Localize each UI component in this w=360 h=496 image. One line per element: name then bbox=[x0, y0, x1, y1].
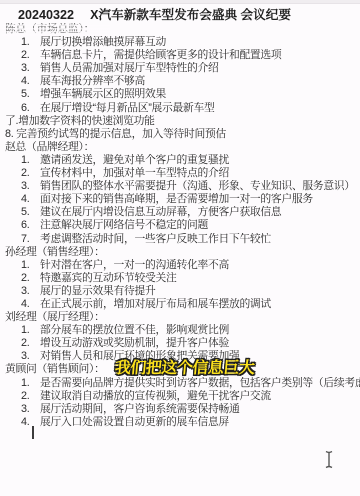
item-number: 4. bbox=[21, 75, 40, 88]
doc-line-speaker: 赵总（品牌经理）： bbox=[0, 141, 360, 154]
notes-app-screen: 20240322 X汽车新款车型发布会盛典 会议纪要 陈总（市场总监）：1.展厅… bbox=[0, 0, 360, 496]
item-text: 面对接下来的销售高峰期，是否需要增加一对一的客户服务 bbox=[40, 193, 360, 206]
item-text: 展厅切换增添触摸屏幕互动 bbox=[40, 36, 360, 49]
doc-line-item: 4.展车海报分辨率不够高 bbox=[0, 75, 360, 88]
doc-line-item: 3.销售人员需加强对展厅车型特性的介绍 bbox=[0, 62, 360, 75]
doc-line-item: 4.展厅入口处需设置自动更新的展车信息屏 bbox=[0, 416, 360, 429]
item-text: 宣传材料中，加强对单一车型特点的介绍 bbox=[40, 167, 360, 180]
doc-line-item: 6.在展厅增设“每月新品区”展示最新车型 bbox=[0, 102, 360, 115]
item-number: 2. bbox=[21, 337, 40, 350]
item-text: 增设互动游戏或奖励机制，提升客户体验 bbox=[40, 337, 360, 350]
doc-line-item: 2.宣传材料中，加强对单一车型特点的介绍 bbox=[0, 167, 360, 180]
doc-line-item: 3.展厅的显示效果有待提升 bbox=[0, 285, 360, 298]
item-text: 销售人员需加强对展厅车型特性的介绍 bbox=[40, 62, 360, 75]
item-number: 2. bbox=[21, 390, 40, 403]
item-number: 1. bbox=[21, 377, 40, 390]
item-text: 针对潜在客户，一对一的沟通转化率不高 bbox=[40, 259, 360, 272]
doc-line-flush: 8. 完善预约试驾的提示信息，加入等待时间预估 bbox=[0, 128, 360, 141]
item-number: 3. bbox=[21, 350, 40, 363]
ibeam-cursor-icon bbox=[323, 450, 335, 469]
doc-line-item: 2.建议取消自动播放的宣传视频，避免干扰客户交流 bbox=[0, 390, 360, 403]
item-number: 3. bbox=[21, 180, 40, 193]
item-text: 建议在展厅内增设信息互动屏幕，方便客户获取信息 bbox=[40, 206, 360, 219]
item-number: 2. bbox=[21, 167, 40, 180]
item-number: 4. bbox=[21, 193, 40, 206]
doc-line-flush: 了.增加数字资料的快速浏览功能 bbox=[0, 115, 360, 128]
item-number: 1. bbox=[21, 324, 40, 337]
doc-line-item: 1.邀请函发送，避免对单个客户的重复骚扰 bbox=[0, 154, 360, 167]
doc-line-item: 2.车辆信息卡片，需提供给顾客更多的设计和配置选项 bbox=[0, 49, 360, 62]
item-text: 考虑调整活动时间，一些客户反映工作日下午较忙 bbox=[40, 233, 360, 246]
item-text: 是否需要向品牌方提供实时到访客户数据，包括客户类别等（后续考虑） bbox=[40, 377, 360, 390]
item-text: 特邀嘉宾的互动环节较受关注 bbox=[40, 272, 360, 285]
video-subtitle-overlay: 我们把这个信息巨大 bbox=[114, 355, 256, 378]
item-text: 展厅的显示效果有待提升 bbox=[40, 285, 360, 298]
doc-line-item: 3.展厅活动期间，客户咨询系统需要保持畅通 bbox=[0, 403, 360, 416]
item-text: 展厅入口处需设置自动更新的展车信息屏 bbox=[40, 416, 360, 429]
doc-line-item: 6.注意解决展厅网络信号不稳定的问题 bbox=[0, 219, 360, 232]
item-text: 注意解决展厅网络信号不稳定的问题 bbox=[40, 219, 360, 232]
item-text: 在正式展示前，增加对展厅布局和展车摆放的调试 bbox=[40, 298, 360, 311]
doc-line-item: 4.面对接下来的销售高峰期，是否需要增加一对一的客户服务 bbox=[0, 193, 360, 206]
item-text: 增强车辆展示区的照明效果 bbox=[40, 88, 360, 101]
item-number: 6. bbox=[21, 102, 40, 115]
doc-line-speaker-ghost: 陈总（市场总监）： bbox=[0, 23, 360, 36]
doc-line-item: 1.部分展车的摆放位置不佳，影响观赏比例 bbox=[0, 324, 360, 337]
item-text: 展车海报分辨率不够高 bbox=[40, 75, 360, 88]
item-number: 1. bbox=[21, 154, 40, 167]
doc-line-item: 5.增强车辆展示区的照明效果 bbox=[0, 88, 360, 101]
doc-line-item: 2.增设互动游戏或奖励机制，提升客户体验 bbox=[0, 337, 360, 350]
item-number: 2. bbox=[21, 49, 40, 62]
item-number: 4. bbox=[21, 416, 40, 429]
doc-line-speaker: 孙经理（销售经理）： bbox=[0, 246, 360, 259]
item-number: 6. bbox=[21, 219, 40, 232]
item-number: 3. bbox=[21, 403, 40, 416]
item-number: 1. bbox=[21, 36, 40, 49]
item-number: 5. bbox=[21, 88, 40, 101]
doc-line-item: 1.针对潜在客户，一对一的沟通转化率不高 bbox=[0, 259, 360, 272]
doc-line-speaker: 刘经理（展厅经理）： bbox=[0, 311, 360, 324]
item-number: 3. bbox=[21, 285, 40, 298]
doc-line-item: 7.考虑调整活动时间，一些客户反映工作日下午较忙 bbox=[0, 233, 360, 246]
item-number: 3. bbox=[21, 62, 40, 75]
doc-line-item: 3.销售团队的整体水平需要提升（沟通、形象、专业知识、服务意识） bbox=[0, 180, 360, 193]
doc-line-item: 1.是否需要向品牌方提供实时到访客户数据，包括客户类别等（后续考虑） bbox=[0, 377, 360, 390]
item-number: 1. bbox=[21, 259, 40, 272]
item-text: 车辆信息卡片，需提供给顾客更多的设计和配置选项 bbox=[40, 49, 360, 62]
doc-line-item: 1.展厅切换增添触摸屏幕互动 bbox=[0, 36, 360, 49]
item-text: 展厅活动期间，客户咨询系统需要保持畅通 bbox=[40, 403, 360, 416]
item-number: 5. bbox=[21, 206, 40, 219]
doc-line-item: 2.特邀嘉宾的互动环节较受关注 bbox=[0, 272, 360, 285]
item-text: 销售团队的整体水平需要提升（沟通、形象、专业知识、服务意识） bbox=[40, 180, 360, 193]
item-text: 部分展车的摆放位置不佳，影响观赏比例 bbox=[40, 324, 360, 337]
item-text: 邀请函发送，避免对单个客户的重复骚扰 bbox=[40, 154, 360, 167]
item-number: 2. bbox=[21, 272, 40, 285]
doc-line-item: 5.建议在展厅内增设信息互动屏幕，方便客户获取信息 bbox=[0, 206, 360, 219]
item-text: 建议取消自动播放的宣传视频，避免干扰客户交流 bbox=[40, 390, 360, 403]
item-number: 4. bbox=[21, 298, 40, 311]
item-number: 7. bbox=[21, 233, 40, 246]
text-caret bbox=[32, 426, 34, 439]
item-text: 在展厅增设“每月新品区”展示最新车型 bbox=[40, 102, 360, 115]
document-title: 20240322 X汽车新款车型发布会盛典 会议纪要 bbox=[0, 3, 360, 23]
doc-line-item: 4.在正式展示前，增加对展厅布局和展车摆放的调试 bbox=[0, 298, 360, 311]
